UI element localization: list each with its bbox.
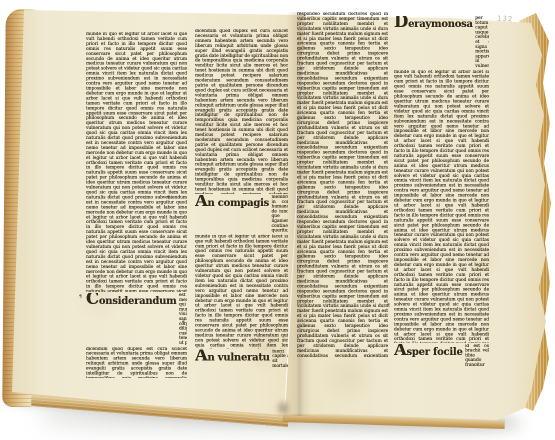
margin-paragraph-mark: ¶ xyxy=(387,303,390,309)
section-heading-an-vulneratu: An vulneratu xyxy=(195,349,270,362)
body-text-block: munde in quo et legitur ut arbor lacet s… xyxy=(195,234,288,348)
section-heading-deraymonosa: Deraymonosa xyxy=(394,16,473,29)
section-heading-considerandum: Considerandum xyxy=(86,293,176,306)
heading-side-text: per totum caput usque ad cerebrum et que… xyxy=(475,16,489,69)
section-heading-an-compagis: An compagis xyxy=(195,195,269,208)
section-heading-asper-focile: Asper focile xyxy=(394,344,463,357)
left-page-column-1: munde in quo et legitur ut arbor lacet s… xyxy=(86,32,187,378)
margin-paragraph-mark: ¶ xyxy=(182,320,185,326)
margin-paragraph-mark: ¶ xyxy=(167,195,170,201)
body-text-block: dicendum quod duplex est cura scilicet n… xyxy=(86,347,187,378)
heading-side-text: membrorum in corpore humano et de iunctu… xyxy=(272,195,288,233)
book-photograph: munde in quo et legitur ut arbor lacet s… xyxy=(0,0,555,440)
heading-side-text: fuerit in capite an sit mortale et quomo… xyxy=(272,349,288,367)
pencil-folio-number: 132 xyxy=(497,15,514,24)
heading-side-text: id est os brachii vel tibie quando frang… xyxy=(465,344,489,366)
body-text-block: respondeo secundum doctores quod in vuln… xyxy=(297,12,388,357)
body-text-block: munde in quo et legitur ut arbor lacet s… xyxy=(86,32,187,292)
margin-paragraph-mark: ¶ xyxy=(79,294,82,300)
right-page-column-2: Deraymonosa per totum caput usque ad cer… xyxy=(394,14,489,366)
right-page-column-1: respondeo secundum doctores quod in vuln… xyxy=(297,12,388,359)
body-text-block: dicendum quod duplex est cura scilicet n… xyxy=(195,29,288,194)
left-page-column-2: dicendum quod duplex est cura scilicet n… xyxy=(195,29,288,367)
body-text-block: munde in quo et legitur ut arbor lacet s… xyxy=(394,70,489,343)
gutter-crease xyxy=(275,399,291,417)
